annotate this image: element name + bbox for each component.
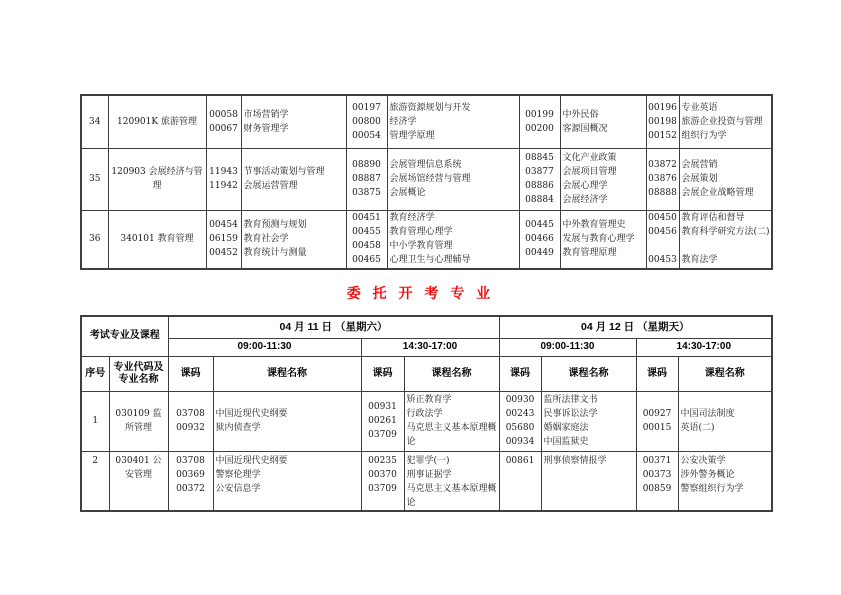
courses-cell: 中国司法制度 英语(二) (678, 391, 772, 451)
codes-cell: 00450 00456 00453 (646, 210, 679, 269)
row-seq: 34 (81, 95, 108, 148)
header-day2: 04 月 12 日 （星期天） (499, 316, 772, 338)
header-row-columns: 序号 专业代码及 专业名称 课码 课程名称 课码 课程名称 课码 课程名称 课码… (81, 356, 772, 391)
header-exam-major-courses: 考试专业及课程 (81, 316, 168, 356)
codes-cell: 00930 00243 05680 00934 (499, 391, 541, 451)
major-name: 340101 教育管理 (108, 210, 206, 269)
row-seq: 2 (81, 451, 109, 511)
major-name: 120903 会展经济与管理 (108, 148, 206, 210)
row-seq: 36 (81, 210, 108, 269)
codes-cell: 00445 00466 00449 (519, 210, 560, 269)
header-course: 课程名称 (541, 356, 636, 391)
courses-cell: 专业英语 旅游企业投资与管理 组织行为学 (679, 95, 772, 148)
courses-cell: 文化产业政策 会展项目管理 会展心理学 会展经济学 (560, 148, 646, 210)
table-row: 2 030401 公安管理 03708 00369 00372 中国近现代史纲要… (81, 451, 772, 511)
header-seq: 序号 (81, 356, 109, 391)
header-major-code-name: 专业代码及 专业名称 (109, 356, 168, 391)
codes-cell: 08845 03877 08886 08884 (519, 148, 560, 210)
courses-cell: 教育预测与规划 教育社会学 教育统计与测量 (241, 210, 346, 269)
codes-cell: 03708 00369 00372 (168, 451, 213, 511)
courses-cell: 教育评估和督导 教育科学研究方法(二) 教育法学 (679, 210, 772, 269)
codes-cell: 00861 (499, 451, 541, 511)
section-title: 委 托 开 考 专 业 (0, 283, 841, 303)
entrusted-exam-table: 考试专业及课程 04 月 11 日 （星期六） 04 月 12 日 （星期天） … (80, 315, 773, 512)
major-course-table-upper: 34 120901K 旅游管理 00058 00067 市场营销学 财务管理学 … (80, 94, 773, 270)
row-seq: 35 (81, 148, 108, 210)
major-name: 120901K 旅游管理 (108, 95, 206, 148)
courses-cell: 节事活动策划与管理 会展运营管理 (241, 148, 346, 210)
codes-cell: 08890 08887 03875 (346, 148, 387, 210)
codes-cell: 00197 00800 00054 (346, 95, 387, 148)
document-page: 34 120901K 旅游管理 00058 00067 市场营销学 财务管理学 … (0, 0, 841, 595)
header-course: 课程名称 (678, 356, 772, 391)
header-row-sessions: 09:00-11:30 14:30-17:00 09:00-11:30 14:3… (81, 338, 772, 356)
codes-cell: 00235 00370 03709 (361, 451, 404, 511)
courses-cell: 监所法律文书 民事诉讼法学 婚姻家庭法 中国监狱史 (541, 391, 636, 451)
courses-cell: 旅游资源规划与开发 经济学 管理学原理 (387, 95, 519, 148)
header-session-pm-day2: 14:30-17:00 (636, 338, 772, 356)
courses-cell: 矫正教育学 行政法学 马克思主义基本原理概论 (404, 391, 499, 451)
courses-cell: 中国近现代史纲要 狱内侦查学 (213, 391, 361, 451)
codes-cell: 00927 00015 (636, 391, 678, 451)
header-row-dates: 考试专业及课程 04 月 11 日 （星期六） 04 月 12 日 （星期天） (81, 316, 772, 338)
codes-cell: 00451 00455 00458 00465 (346, 210, 387, 269)
header-course: 课程名称 (404, 356, 499, 391)
major-name: 030401 公安管理 (109, 451, 168, 511)
courses-cell: 中外民俗 客源国概况 (560, 95, 646, 148)
courses-cell: 公安决策学 涉外警务概论 警察组织行为学 (678, 451, 772, 511)
header-session-am-day2: 09:00-11:30 (499, 338, 636, 356)
courses-cell: 教育经济学 教育管理心理学 中小学教育管理 心理卫生与心理辅导 (387, 210, 519, 269)
courses-cell: 会展管理信息系统 会展场馆经营与管理 会展概论 (387, 148, 519, 210)
table-row: 1 030109 监所管理 03708 00932 中国近现代史纲要 狱内侦查学… (81, 391, 772, 451)
table-row: 35 120903 会展经济与管理 11943 11942 节事活动策划与管理 … (81, 148, 772, 210)
header-day1: 04 月 11 日 （星期六） (168, 316, 499, 338)
header-code: 课码 (168, 356, 213, 391)
codes-cell: 00931 00261 03709 (361, 391, 404, 451)
header-code: 课码 (499, 356, 541, 391)
codes-cell: 11943 11942 (206, 148, 241, 210)
codes-cell: 03708 00932 (168, 391, 213, 451)
header-code: 课码 (636, 356, 678, 391)
courses-cell: 犯罪学(一) 刑事证据学 马克思主义基本原理概论 (404, 451, 499, 511)
courses-cell: 市场营销学 财务管理学 (241, 95, 346, 148)
codes-cell: 00199 00200 (519, 95, 560, 148)
table-row: 34 120901K 旅游管理 00058 00067 市场营销学 财务管理学 … (81, 95, 772, 148)
codes-cell: 00196 00198 00152 (646, 95, 679, 148)
header-code: 课码 (361, 356, 404, 391)
codes-cell: 03872 03876 08888 (646, 148, 679, 210)
codes-cell: 00454 06159 00452 (206, 210, 241, 269)
courses-cell: 中外教育管理史 发展与教育心理学 教育管理原理 (560, 210, 646, 269)
table-row: 36 340101 教育管理 00454 06159 00452 教育预测与规划… (81, 210, 772, 269)
courses-cell: 中国近现代史纲要 警察伦理学 公安信息学 (213, 451, 361, 511)
row-seq: 1 (81, 391, 109, 451)
codes-cell: 00058 00067 (206, 95, 241, 148)
codes-cell: 00371 00373 00859 (636, 451, 678, 511)
courses-cell: 会展营销 会展策划 会展企业战略管理 (679, 148, 772, 210)
header-session-pm-day1: 14:30-17:00 (361, 338, 499, 356)
major-name: 030109 监所管理 (109, 391, 168, 451)
courses-cell: 刑事侦察情报学 (541, 451, 636, 511)
header-session-am-day1: 09:00-11:30 (168, 338, 361, 356)
header-course: 课程名称 (213, 356, 361, 391)
